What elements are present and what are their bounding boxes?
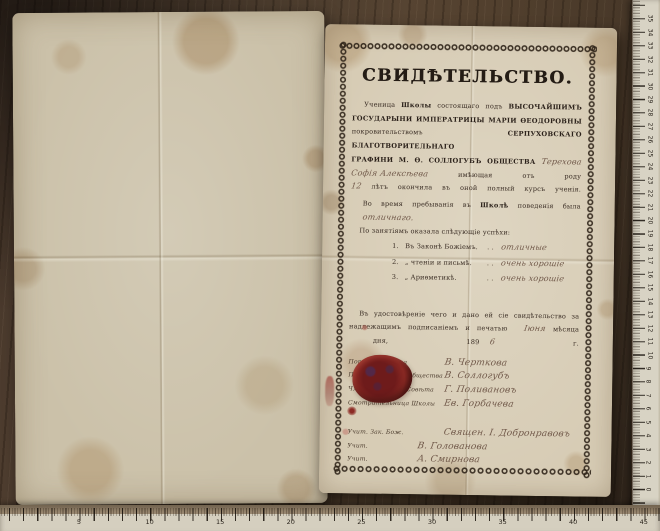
ruler-number: 25 [646, 149, 653, 157]
signature-row: Учит.А. Смирнова [347, 453, 577, 470]
handwritten-surname: Терехова [540, 158, 582, 167]
body-line-6: 12 лѣтъ окончила въ оной полный курсъ уч… [351, 181, 581, 198]
ruler-number: 21 [646, 203, 653, 211]
body-line-3: покровительствомъ СЕРПУХОВСКАГО БЛАГОТВО… [351, 126, 581, 157]
ruler-number: 10 [145, 518, 153, 526]
subject-number: 2. [392, 255, 405, 269]
ruler-number: 33 [646, 42, 653, 50]
certificate-body: Ученица Школы состоящаго подъ ВЫСОЧАЙШИМ… [347, 98, 582, 469]
ruler-number: 17 [646, 257, 653, 265]
signature-handwritten: Г. Поливановъ [443, 386, 517, 396]
signature-role-label: Учит. [347, 439, 377, 453]
wax-smudge [342, 428, 350, 435]
ruler-number: 12 [646, 324, 653, 332]
ruler-number: 19 [646, 230, 653, 238]
signature-handwritten: В. Голованова [417, 442, 488, 452]
ruler-number: 45 [640, 518, 648, 526]
leader-dots: . . [487, 241, 501, 255]
ruler-number: 14 [646, 297, 653, 305]
signature-handwritten: В. Соллогубъ [444, 372, 511, 382]
ruler-number: 25 [357, 518, 365, 526]
subject-grade-handwritten: очень хорошіе [500, 259, 565, 268]
ruler-number: 3 [644, 447, 651, 451]
ruler-number: 26 [646, 136, 653, 144]
ruler-number: 5 [77, 518, 81, 526]
ruler-cm-ticks [0, 508, 660, 521]
handwritten-pupil-name: Софія Алексѣева [351, 169, 429, 178]
signature-handwritten: В. Черткова [444, 358, 508, 368]
subject-row: 3.„ Ариѳметикѣ.. .очень хорошіе [350, 270, 580, 289]
ruler-number: 27 [646, 123, 653, 131]
signature-handwritten: Священ. І. Добронравовъ [443, 429, 571, 440]
ruler-number: 8 [644, 380, 651, 384]
closing-paragraph: Въ удостовѣреніе чего и дано ей сіе свид… [349, 307, 580, 351]
ruler-number: 10 [646, 351, 653, 359]
ruler-number: 6 [644, 407, 651, 411]
leader-dots: . . [487, 257, 501, 271]
signature-role-label: Учит. [347, 453, 377, 467]
wax-smudge [325, 376, 334, 406]
ruler-number: 30 [428, 518, 436, 526]
vertical-ruler: 0123456789101112131415161718192021222324… [631, 0, 660, 531]
handwritten-age: 12 [350, 183, 362, 191]
ruler-number: 32 [646, 55, 653, 63]
subjects-list: 1.Въ Законѣ Божіемъ.. .отличные2.„ чтені… [350, 239, 581, 289]
ruler-number: 40 [569, 518, 577, 526]
signature-handwritten: Ев. Горбачева [443, 400, 514, 410]
certificate-title: СВИДѢТЕЛЬСТВО. [338, 65, 596, 89]
ruler-number: 20 [287, 518, 295, 526]
subject-label: „ Ариѳметикѣ. [405, 271, 487, 286]
ruler-number: 35 [646, 15, 653, 23]
handwritten-year-digit: 6 [479, 338, 496, 346]
certificate-page: СВИДѢТЕЛЬСТВО. Ученица Школы состоящаго … [319, 24, 618, 497]
ruler-number: 9 [644, 367, 651, 371]
signature-role-label: Учит. Зак. Бож. [347, 425, 403, 439]
horizontal-ruler: 51015202530354045 [0, 505, 660, 531]
document-back-blank-pages [12, 11, 327, 505]
ruler-number: 31 [646, 69, 653, 77]
subject-label: „ чтеніи и письмѣ. [405, 256, 487, 271]
subject-grade-handwritten: отличные [501, 244, 548, 253]
ruler-number: 15 [646, 284, 653, 292]
ruler-number: 4 [644, 434, 651, 438]
ruler-number: 29 [646, 96, 653, 104]
ruler-number: 23 [646, 176, 653, 184]
ruler-number: 35 [498, 518, 506, 526]
wax-smudge [347, 406, 357, 415]
subject-label: Въ Законѣ Божіемъ. [405, 240, 487, 255]
ruler-number: 30 [646, 82, 653, 90]
ruler-cm-ticks [633, 0, 645, 531]
ruler-number: 1 [644, 474, 651, 478]
ruler-number: 15 [216, 518, 224, 526]
ruler-number: 0 [644, 488, 651, 492]
ruler-number: 28 [646, 109, 653, 117]
subject-number: 3. [392, 271, 405, 285]
wax-smudge [361, 325, 368, 331]
ruler-number: 16 [646, 270, 653, 278]
photo-of-certificate-on-wooden-table: СВИДѢТЕЛЬСТВО. Ученица Школы состоящаго … [0, 0, 660, 531]
ruler-number: 24 [646, 163, 653, 171]
ruler-number: 18 [646, 244, 653, 252]
leader-dots: . . [487, 272, 501, 286]
ruler-number: 2 [644, 461, 651, 465]
ruler-number: 5 [644, 420, 651, 424]
conduct-line: Во время пребыванія въ Школѣ поведенія б… [350, 197, 580, 228]
ruler-number: 11 [646, 338, 653, 346]
ruler-number: 34 [646, 28, 653, 36]
subject-number: 1. [392, 240, 405, 254]
handwritten-month: Іюня [514, 325, 547, 333]
subject-grade-handwritten: очень хорошіе [500, 274, 565, 283]
handwritten-conduct-grade: отличнаго. [350, 213, 414, 222]
ruler-number: 22 [646, 190, 653, 198]
signature-handwritten: А. Смирнова [417, 456, 481, 466]
ruler-number: 13 [646, 311, 653, 319]
ruler-number: 20 [646, 217, 653, 225]
certificate-content: СВИДѢТЕЛЬСТВО. Ученица Школы состоящаго … [333, 41, 597, 479]
ruler-number: 7 [644, 393, 651, 397]
